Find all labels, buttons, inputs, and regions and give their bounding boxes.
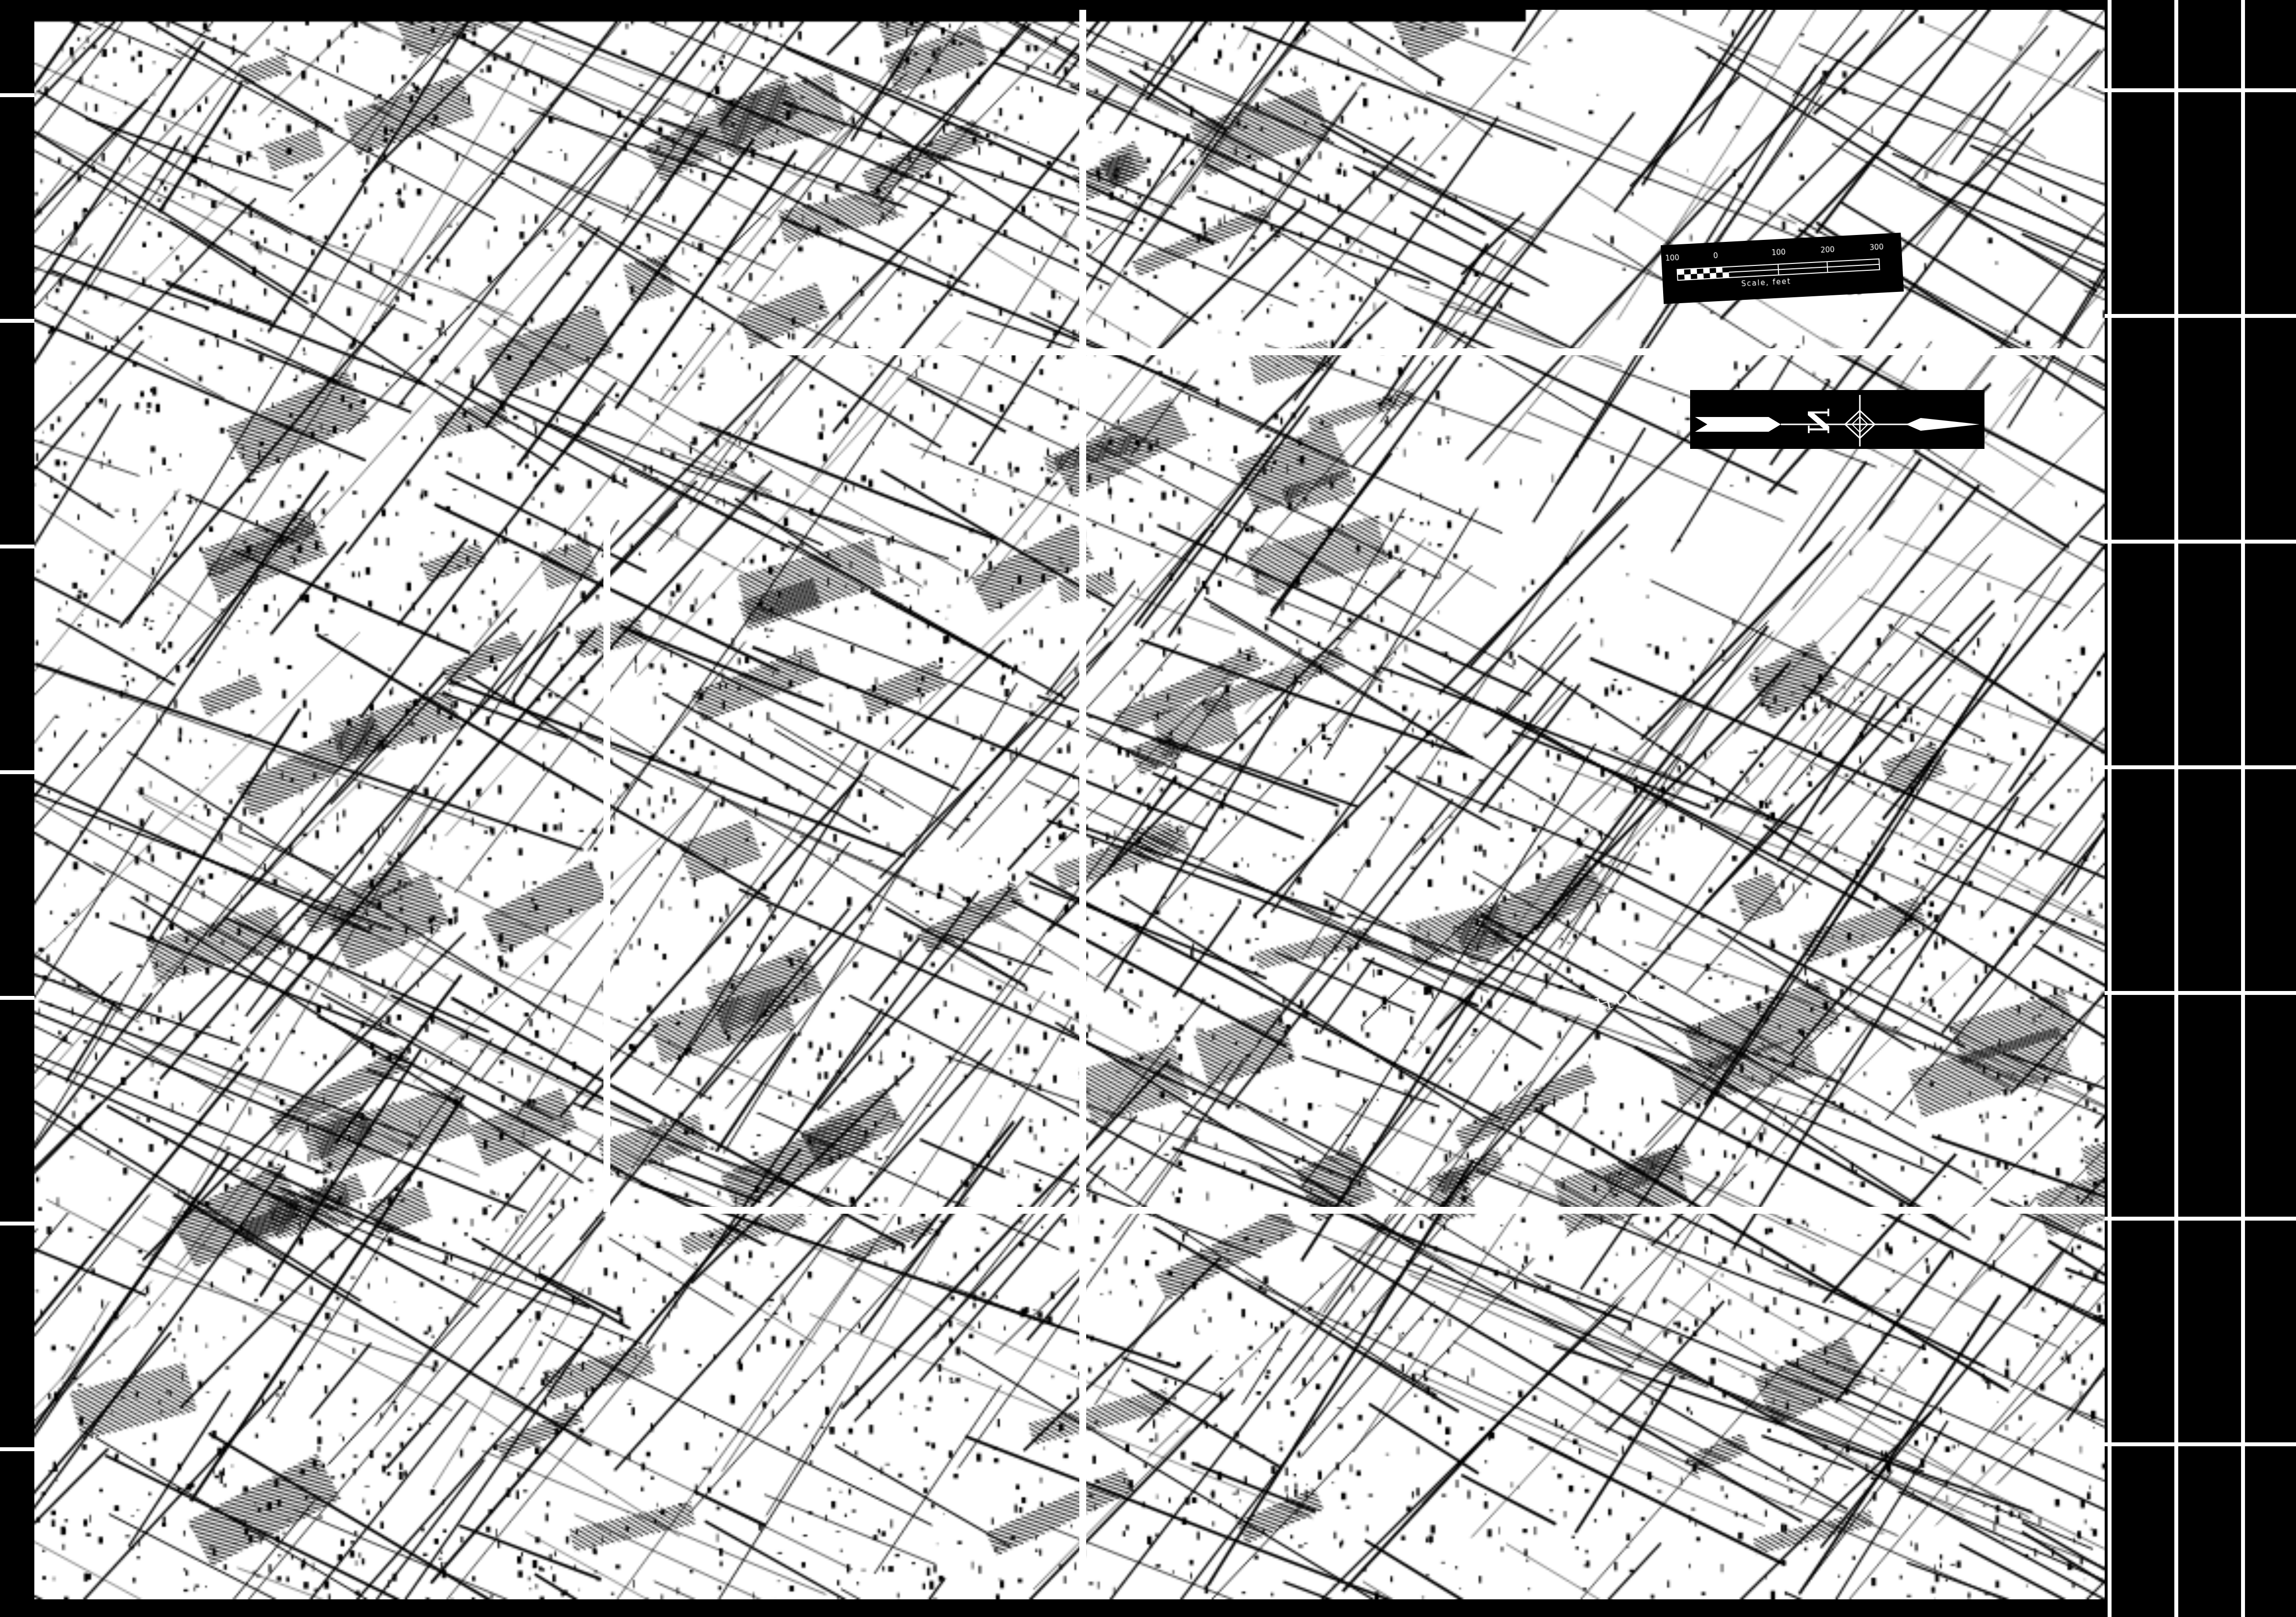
grid-tick [0, 319, 34, 323]
fold-line-vertical-left [603, 496, 610, 1212]
grid-line [2105, 765, 2296, 769]
compass-arrow-icon [1690, 390, 1984, 449]
north-arrow: N [1690, 390, 1984, 449]
grid-tick [0, 1447, 34, 1451]
fold-line-horizontal-lower [608, 1207, 2105, 1214]
grid-line [2108, 0, 2112, 1617]
scale-caption: Scale, feet [1741, 277, 1791, 288]
scale-tick-label: 100 [1665, 253, 1680, 262]
scale-tick-label: 300 [1869, 242, 1884, 252]
left-scan-margin [0, 0, 34, 1617]
grid-line [2105, 991, 2296, 995]
fold-line-vertical-center [1079, 10, 1086, 1599]
grid-line [2105, 88, 2296, 92]
grid-line [2241, 0, 2245, 1617]
fold-line-horizontal-upper [736, 348, 2105, 355]
scale-tick-label: 0 [1713, 251, 1718, 260]
grid-tick [0, 93, 34, 97]
scale-tick-label: 100 [1772, 248, 1786, 257]
grid-line [2105, 314, 2296, 318]
grid-line [2105, 1217, 2296, 1221]
north-letter: N [1800, 408, 1835, 435]
grid-tick [0, 996, 34, 1000]
scale-bar: 100 0 100 200 300 Scale, feet [1661, 233, 1904, 304]
grid-tick [0, 1222, 34, 1226]
grid-tick [0, 770, 34, 774]
grid-line [2174, 0, 2178, 1617]
scale-tick-label: 200 [1820, 245, 1835, 254]
grid-line [2105, 540, 2296, 544]
grid-line [2105, 1442, 2296, 1446]
grid-tick [0, 545, 34, 548]
calibration-grid [2105, 0, 2296, 1617]
